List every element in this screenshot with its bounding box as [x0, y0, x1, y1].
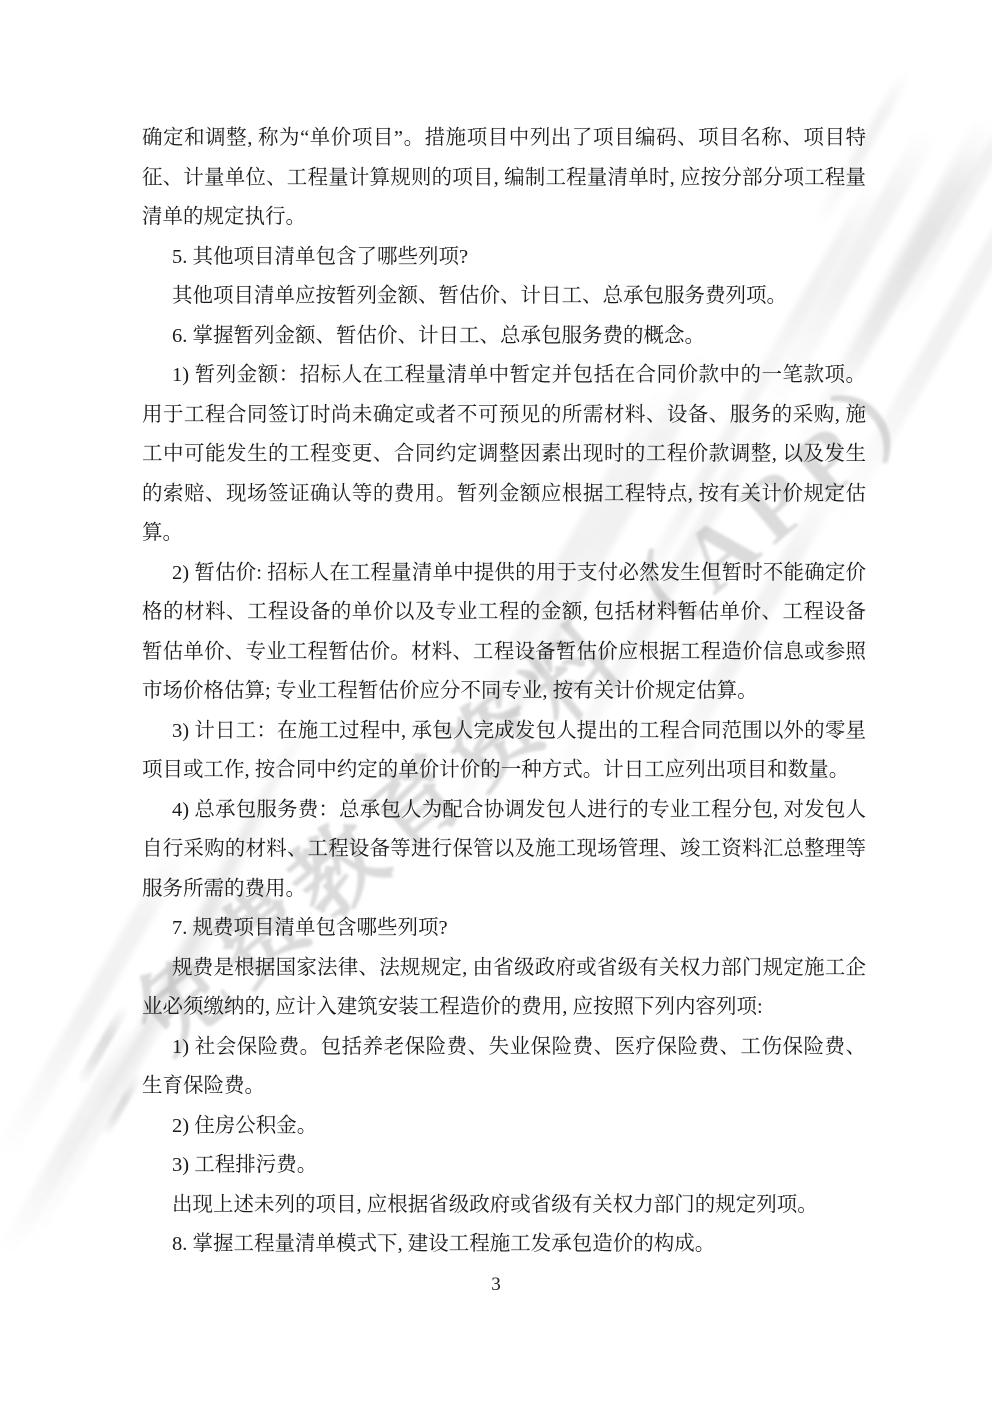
paragraph-item-4: 4) 总承包服务费：总承包人为配合协调发包人进行的专业工程分包, 对发包人自行采…: [142, 791, 866, 910]
document-page: 免费教育资料（APP） 确定和调整, 称为“单价项目”。措施项目中列出了项目编码…: [0, 0, 992, 1403]
paragraph-question-7: 7. 规费项目清单包含哪些列项?: [142, 909, 866, 949]
paragraph: 确定和调整, 称为“单价项目”。措施项目中列出了项目编码、项目名称、项目特征、计…: [142, 119, 866, 238]
paragraph-question-5: 5. 其他项目清单包含了哪些列项?: [142, 238, 866, 278]
paragraph-question-6: 6. 掌握暂列金额、暂估价、计日工、总承包服务费的概念。: [142, 317, 866, 357]
brush-stroke: [101, 1073, 143, 1138]
paragraph-fee-item-1: 1) 社会保险费。包括养老保险费、失业保险费、医疗保险费、工伤保险费、生育保险费…: [142, 1028, 866, 1107]
paragraph-fee-item-2: 2) 住房公积金。: [142, 1107, 866, 1147]
paragraph-item-3: 3) 计日工：在施工过程中, 承包人完成发包人提出的工程合同范围以外的零星项目或…: [142, 712, 866, 791]
paragraph-item-1: 1) 暂列金额：招标人在工程量清单中暂定并包括在合同价款中的一笔款项。用于工程合…: [142, 356, 866, 554]
document-body: 确定和调整, 称为“单价项目”。措施项目中列出了项目编码、项目名称、项目特征、计…: [142, 119, 866, 1265]
paragraph: 其他项目清单应按暂列金额、暂估价、计日工、总承包服务费列项。: [142, 277, 866, 317]
paragraph: 规费是根据国家法律、法规规定, 由省级政府或省级有关权力部门规定施工企业必须缴纳…: [142, 949, 866, 1028]
paragraph-question-8: 8. 掌握工程量清单模式下, 建设工程施工发承包造价的构成。: [142, 1225, 866, 1265]
paragraph-item-2: 2) 暂估价: 招标人在工程量清单中提供的用于支付必然发生但暂时不能确定价格的材…: [142, 554, 866, 712]
paragraph-fee-item-3: 3) 工程排污费。: [142, 1146, 866, 1186]
brush-stroke: [888, 94, 992, 326]
page-number: 3: [0, 1274, 992, 1296]
paragraph: 出现上述未列的项目, 应根据省级政府或省级有关权力部门的规定列项。: [142, 1186, 866, 1226]
brush-stroke: [76, 1004, 130, 1087]
brush-stroke: [0, 1023, 144, 1257]
